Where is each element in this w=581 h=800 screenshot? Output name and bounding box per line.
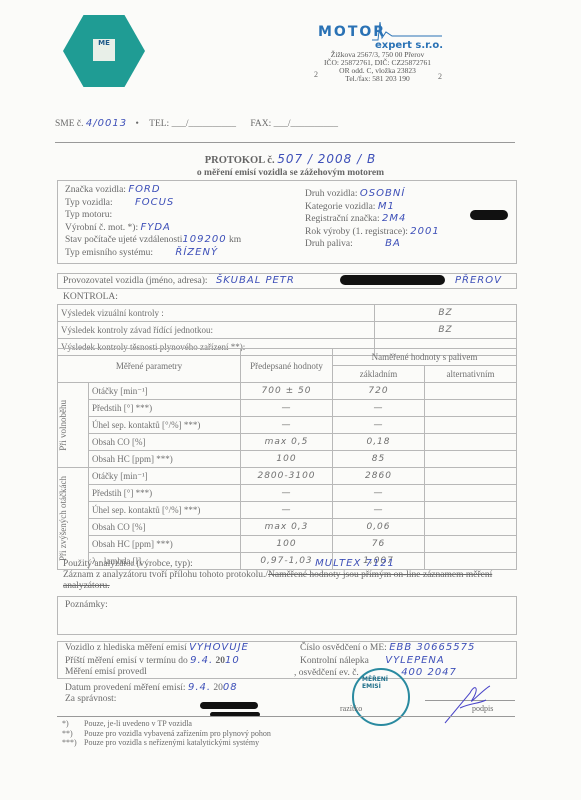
sticker-status[interactable]: VYLEPENA [385,655,445,666]
fax-field[interactable]: ___/__________ [274,119,338,129]
logo-badge: ME [93,39,115,61]
control-row: Výsledek kontroly závad řídící jednotkou… [58,322,517,339]
param-name: Úhel sep. kontaktů [°/%] ***) [89,502,241,519]
remarks-box[interactable] [57,596,517,635]
sme-row: SME č. 4/0013 • TEL: ___/__________ FAX:… [55,118,338,129]
measured-alternative[interactable] [425,468,517,485]
company-address: Žižkova 2567/3, 750 00 Přerov IČO: 25872… [320,51,435,83]
measured-basic[interactable]: 0,18 [333,434,425,451]
vehicle-verdict[interactable]: VYHOVUJE [189,642,249,653]
protocol-subtitle: o měření emisí vozidla se zážehovým moto… [0,168,581,178]
prescribed-value[interactable]: — [241,502,333,519]
measured-basic[interactable]: — [333,417,425,434]
measurement-row: Obsah HC [ppm] ***)10076 [58,536,517,553]
param-name: Předstih [°] ***) [89,485,241,502]
measurement-row: Obsah CO [%]max 0,50,18 [58,434,517,451]
prescribed-value[interactable]: 700 ± 50 [241,383,333,400]
measured-basic[interactable]: 76 [333,536,425,553]
ecu-control-result[interactable]: BZ [375,322,517,339]
measured-basic[interactable]: — [333,485,425,502]
param-name: Obsah CO [%] [89,519,241,536]
next-year[interactable]: 10 [225,655,240,666]
measured-basic[interactable]: 0,06 [333,519,425,536]
param-name: Otáčky [min⁻¹] [89,383,241,400]
divider [55,142,515,143]
prescribed-value[interactable]: — [241,485,333,502]
measurement-row: Úhel sep. kontaktů [°/%] ***)—— [58,417,517,434]
sme-number[interactable]: 4/0013 [86,118,127,129]
redaction-address [340,275,445,285]
tel-field[interactable]: ___/__________ [172,119,236,129]
emission-system[interactable]: ŘÍZENÝ [175,247,218,258]
measured-alternative[interactable] [425,451,517,468]
vehicle-left-column: Značka vozidla: FORD Typ vozidla: FOCUS … [65,184,241,259]
visual-control-result[interactable]: BZ [375,305,517,322]
prescribed-value[interactable]: 100 [241,536,333,553]
vehicle-brand[interactable]: FORD [128,184,160,195]
measured-alternative[interactable] [425,553,517,570]
measured-basic[interactable]: 85 [333,451,425,468]
prescribed-value[interactable]: — [241,417,333,434]
measured-alternative[interactable] [425,519,517,536]
prescribed-value[interactable]: 100 [241,451,333,468]
control-row: Výsledek vizuální kontroly :BZ [58,305,517,322]
stamp-label: razítko [340,704,362,713]
license-number[interactable]: 400 2047 [401,667,457,678]
analyzer-value[interactable]: MULTEX 7121 [315,558,395,569]
operator-name[interactable]: ŠKUBAL PETR [216,275,295,286]
measurement-row: Předstih [°] ***)—— [58,485,517,502]
vehicle-category[interactable]: M1 [378,201,395,212]
footnotes: *)Pouze, je-li uvedeno v TP vozidla **)P… [62,719,271,748]
measured-basic[interactable]: — [333,400,425,417]
measurement-date-row: Datum provedení měření emisí: 9.4. 2008 [65,682,238,693]
signature-icon [440,678,500,728]
measured-alternative[interactable] [425,417,517,434]
measurement-table: Měřené parametry Předepsané hodnoty Namě… [57,348,517,570]
measurement-row: Obsah CO [%]max 0,30,06 [58,519,517,536]
prescribed-value[interactable]: 2800-3100 [241,468,333,485]
vehicle-kind[interactable]: OSOBNÍ [360,188,405,199]
prescribed-value[interactable]: max 0,3 [241,519,333,536]
measured-alternative[interactable] [425,400,517,417]
param-name: Obsah CO [%] [89,434,241,451]
certificate-number[interactable]: EBB 30665575 [389,642,475,653]
result-left: Vozidlo z hlediska měření emisí VYHOVUJE… [65,642,249,679]
operator-city[interactable]: PŘEROV [455,275,502,286]
measured-basic[interactable]: — [333,502,425,519]
operator-row: Provozovatel vozidla (jméno, adresa): ŠK… [63,275,295,286]
measurement-row: Předstih [°] ***)—— [58,400,517,417]
signature-label: podpis [472,704,493,713]
measurement-row: Úhel sep. kontaktů [°/%] ***)—— [58,502,517,519]
footer-divider [57,716,515,717]
redaction-plate [470,210,508,220]
vehicle-right-column: Druh vozidla: OSOBNÍ Kategorie vozidla: … [305,188,440,251]
company-mark-right: 2 [438,72,442,81]
measurement-row: Obsah HC [ppm] ***)10085 [58,451,517,468]
official-stamp: MĚŘENÍ EMISÍ [352,668,410,726]
odometer[interactable]: 109200 [182,234,226,245]
vehicle-type[interactable]: FOCUS [135,197,174,208]
group-label: Při zvýšených otáčkách [58,468,89,570]
param-name: Úhel sep. kontaktů [°/%] ***) [89,417,241,434]
prescribed-value[interactable]: max 0,5 [241,434,333,451]
registration-plate[interactable]: 2M4 [382,213,406,224]
company-mark-left: 2 [314,70,318,79]
analyzer-note: Záznam z analyzátoru tvoří přílohu tohot… [63,570,513,592]
param-name: Předstih [°] ***) [89,400,241,417]
measured-alternative[interactable] [425,434,517,451]
param-name: Obsah HC [ppm] ***) [89,536,241,553]
measured-alternative[interactable] [425,485,517,502]
param-name: Otáčky [min⁻¹] [89,468,241,485]
control-heading: KONTROLA: [63,292,118,302]
prescribed-value[interactable]: — [241,400,333,417]
measurement-row: Při volnoběhuOtáčky [min⁻¹]700 ± 50720 [58,383,517,400]
emission-hexagon-logo: ME [63,15,145,87]
fuel-type[interactable]: BA [385,238,401,249]
next-date[interactable]: 9.4. [190,655,213,666]
measured-alternative[interactable] [425,502,517,519]
protocol-title: PROTOKOL č. 507 / 2008 / B [0,152,581,166]
engine-serial[interactable]: FYDA [140,222,170,233]
measurement-date[interactable]: 9.4. [188,682,211,693]
redaction-name-1 [200,702,258,709]
group-label: Při volnoběhu [58,383,89,468]
measurement-row: Při zvýšených otáčkáchOtáčky [min⁻¹]2800… [58,468,517,485]
remarks-label: Poznámky: [65,600,108,610]
measured-basic[interactable]: 2860 [333,468,425,485]
measured-alternative[interactable] [425,383,517,400]
manufacture-year[interactable]: 2001 [410,226,439,237]
measurement-year[interactable]: 08 [223,682,238,693]
correctness-label: Za správnost: [65,694,116,704]
param-name: Obsah HC [ppm] ***) [89,451,241,468]
analyzer-row: Použitý analyzátor (výrobce, typ): MULTE… [63,558,395,569]
measured-alternative[interactable] [425,536,517,553]
protocol-number[interactable]: 507 / 2008 / B [277,152,376,166]
measured-basic[interactable]: 720 [333,383,425,400]
